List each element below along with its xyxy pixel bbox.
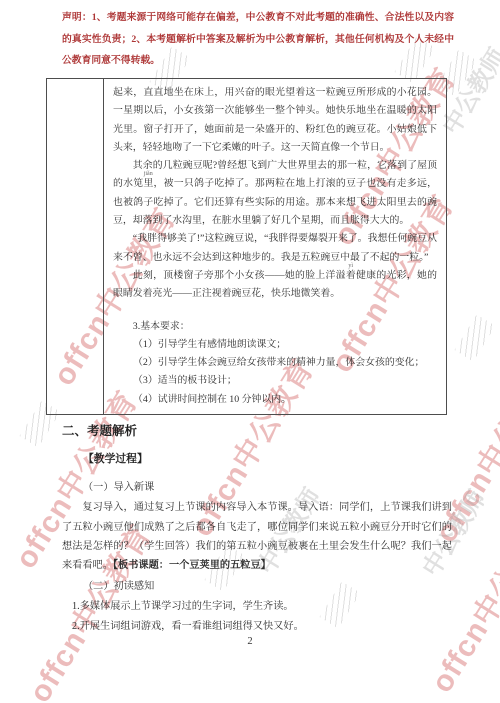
analysis-section: 二、考题解析 【教学过程】 （一）导入新课 复习导入，通过复习上节课的内容导入本… <box>62 422 452 636</box>
ruby-annotated-char: 溢yì <box>336 270 346 281</box>
section2-title: （二）初读感知 <box>62 577 452 596</box>
section1-paragraph: 复习导入，通过复习上节课的内容导入本节课。导入语：同学们，上节课我们讲到了五粒小… <box>62 498 452 576</box>
ruby-annotated-char: 笕jiǎn <box>133 178 143 189</box>
step-item: 1.多媒体展示上节课学习过的生字词，学生齐读。 <box>62 597 452 616</box>
step-item: 2.开展生词组词游戏，看一看谁组词组得又快又好。 <box>62 617 452 636</box>
story-paragraph-3: “我胖得够美了!”这粒豌豆说，“我胖得要爆裂开来了。我想任何豌豆从来不曾、也永远… <box>113 230 437 267</box>
document-page: offcn中公教育offcn中公教育offcn中公教育offcn中公教育offc… <box>0 0 500 703</box>
requirement-item: （1）引导学生有感情地朗读课文； <box>113 336 437 354</box>
question-box-content: 起来，直直地坐在床上，用兴奋的眼光望着这一粒豌豆所形成的小花园。一星期以后，小女… <box>104 79 446 414</box>
story-paragraph-1: 起来，直直地坐在床上，用兴奋的眼光望着这一粒豌豆所形成的小花园。一星期以后，小女… <box>113 84 437 157</box>
question-box: 起来，直直地坐在床上，用兴奋的眼光望着这一粒豌豆所形成的小花园。一星期以后，小女… <box>46 78 447 415</box>
requirement-item: （4）试讲时间控制在 10 分钟以内。 <box>113 391 437 409</box>
pinyin-annotation: yì <box>329 263 353 269</box>
page-number: 2 <box>0 636 500 647</box>
section1-title: （一）导入新课 <box>62 478 452 497</box>
analysis-heading: 二、考题解析 <box>62 422 452 441</box>
requirement-item: （3）适当的板书设计； <box>113 372 437 390</box>
teaching-process-label: 【教学过程】 <box>62 450 452 469</box>
disclaimer-text: 声明：1、考题来源于网络可能存在偏差，中公教育不对此考题的准确性、合法性以及内容… <box>62 7 454 72</box>
story-paragraph-4: 此刻，顶楼窗子旁那个小女孩——她的脸上洋溢yì着健康的光彩，她的眼睛发着亮光——… <box>113 267 437 304</box>
section2-steps: 1.多媒体展示上节课学习过的生字词，学生齐读。2.开展生词组词游戏，看一看谁组词… <box>62 597 452 636</box>
requirements-title: 3.基本要求： <box>113 318 437 336</box>
pinyin-annotation: jiǎn <box>124 171 153 177</box>
question-box-left-column <box>47 79 104 414</box>
story-paragraph-2: 其余的几粒豌豆呢?曾经想飞到广大世界里去的那一粒，它落到了屋顶的水笕jiǎn里，… <box>113 157 437 230</box>
hatch-mark <box>455 314 496 361</box>
requirement-item: （2）引导学生体会豌豆给女孩带来的精神力量，体会女孩的变化； <box>113 354 437 372</box>
requirements-list: （1）引导学生有感情地朗读课文；（2）引导学生体会豌豆给女孩带来的精神力量，体会… <box>113 336 437 409</box>
